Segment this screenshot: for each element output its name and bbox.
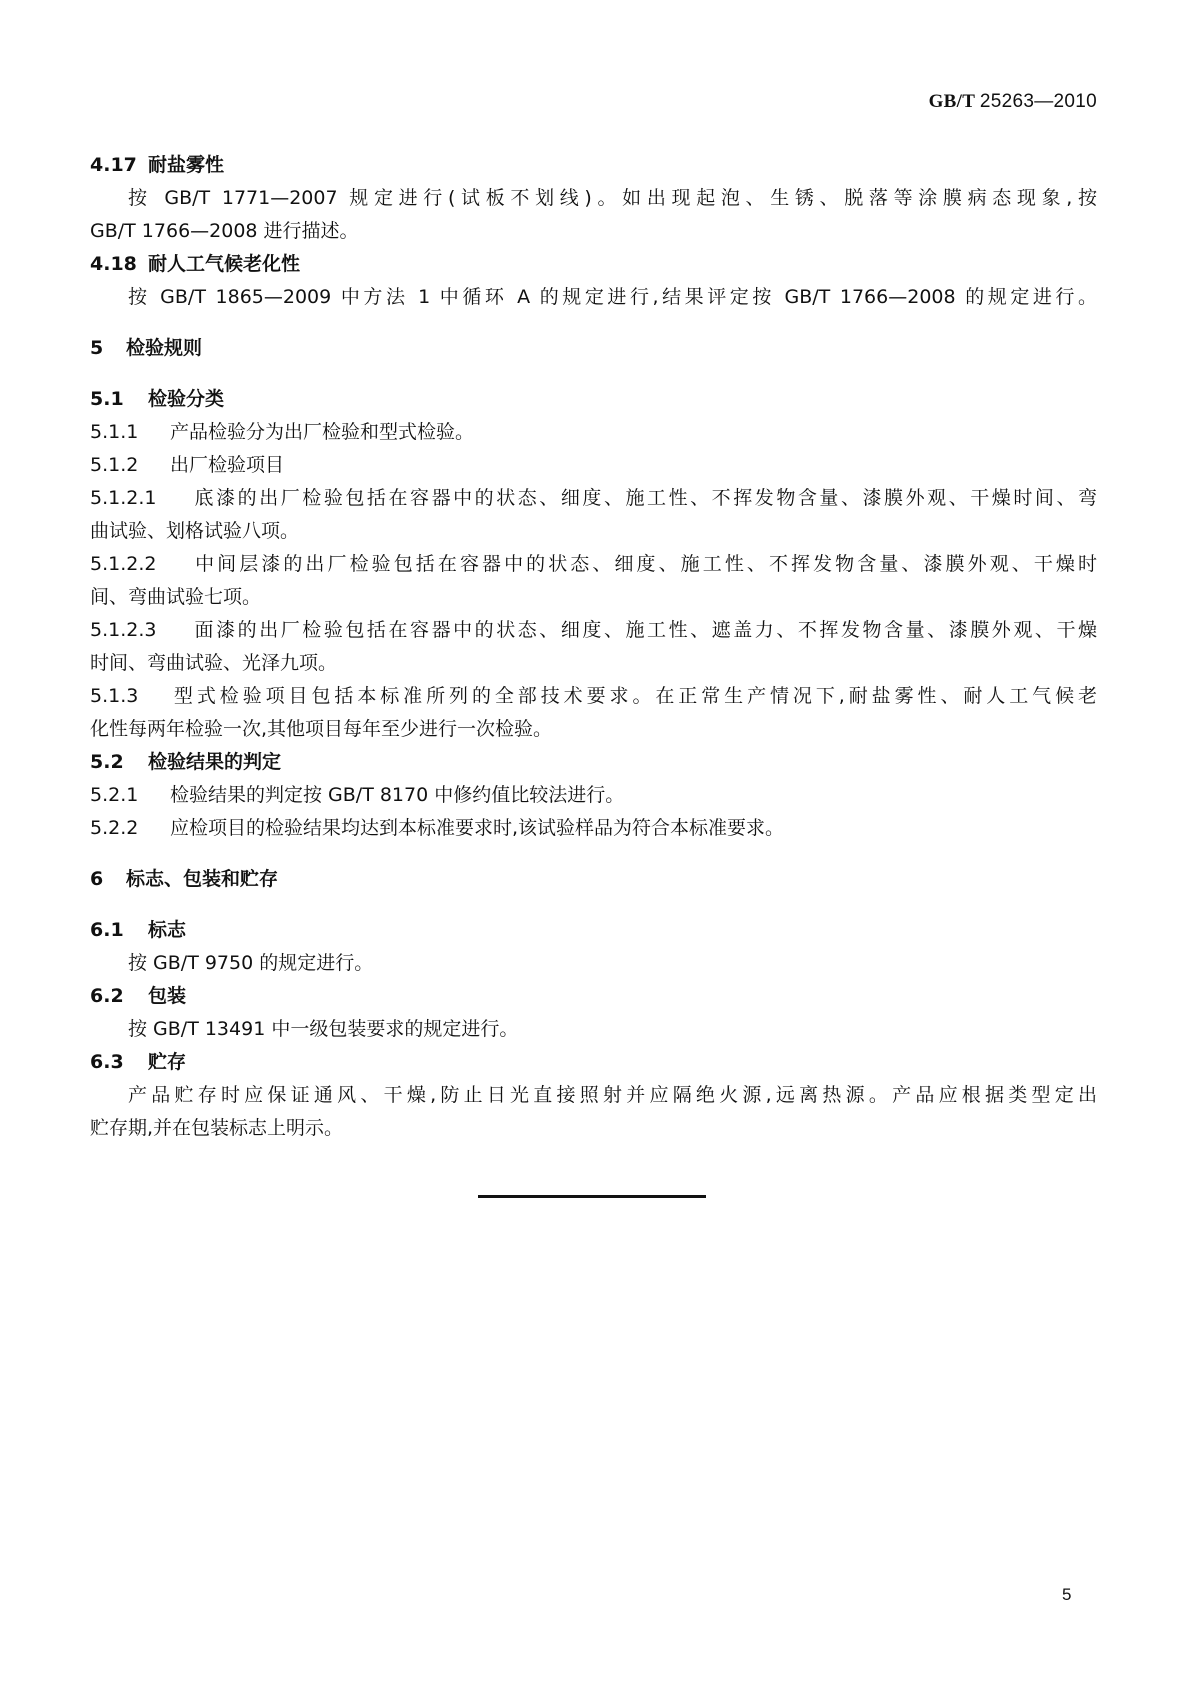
clause-5-2-2: 5.2.2应检项目的检验结果均达到本标准要求时,该试验样品为符合本标准要求。 [90,813,1097,843]
heading-4-18: 4.18耐人工气候老化性 [90,249,1097,279]
paragraph: 按 GB/T 9750 的规定进行。 [90,948,1097,978]
paragraph: 曲试验、划格试验八项。 [90,516,1097,546]
end-of-document-rule [478,1195,706,1198]
paragraph: 化性每两年检验一次,其他项目每年至少进行一次检验。 [90,714,1097,744]
paragraph: 产品贮存时应保证通风、干燥,防止日光直接照射并应隔绝火源,远离热源。产品应根据类… [90,1080,1097,1110]
heading-6: 6标志、包装和贮存 [90,864,1097,894]
document-header: GB/T 25263—2010 [905,91,1097,113]
clause-5-1-2-3: 5.1.2.3面漆的出厂检验包括在容器中的状态、细度、施工性、遮盖力、不挥发物含… [90,615,1097,645]
paragraph: 间、弯曲试验七项。 [90,582,1097,612]
standard-number: 25263—2010 [980,91,1097,112]
standard-prefix: GB/T [929,91,975,112]
paragraph: 贮存期,并在包装标志上明示。 [90,1113,1097,1143]
heading-5-2: 5.2检验结果的判定 [90,747,1097,777]
clause-5-1-2: 5.1.2出厂检验项目 [90,450,1097,480]
heading-6-3: 6.3贮存 [90,1047,1097,1077]
heading-5-1: 5.1检验分类 [90,384,1097,414]
heading-6-2: 6.2包装 [90,981,1097,1011]
clause-5-1-3: 5.1.3型式检验项目包括本标准所列的全部技术要求。在正常生产情况下,耐盐雾性、… [90,681,1097,711]
paragraph: 时间、弯曲试验、光泽九项。 [90,648,1097,678]
clause-5-2-1: 5.2.1检验结果的判定按 GB/T 8170 中修约值比较法进行。 [90,780,1097,810]
heading-4-17: 4.17耐盐雾性 [90,150,1097,180]
paragraph: 按 GB/T 1771—2007 规定进行(试板不划线)。如出现起泡、生锈、脱落… [90,183,1097,213]
clause-5-1-2-2: 5.1.2.2中间层漆的出厂检验包括在容器中的状态、细度、施工性、不挥发物含量、… [90,549,1097,579]
heading-5: 5检验规则 [90,333,1097,363]
paragraph: 按 GB/T 13491 中一级包装要求的规定进行。 [90,1014,1097,1044]
page-number: 5 [1062,1585,1071,1605]
paragraph: 按 GB/T 1865—2009 中方法 1 中循环 A 的规定进行,结果评定按… [90,282,1097,312]
clause-5-1-2-1: 5.1.2.1底漆的出厂检验包括在容器中的状态、细度、施工性、不挥发物含量、漆膜… [90,483,1097,513]
clause-5-1-1: 5.1.1产品检验分为出厂检验和型式检验。 [90,417,1097,447]
heading-6-1: 6.1标志 [90,915,1097,945]
paragraph: GB/T 1766—2008 进行描述。 [90,216,1097,246]
